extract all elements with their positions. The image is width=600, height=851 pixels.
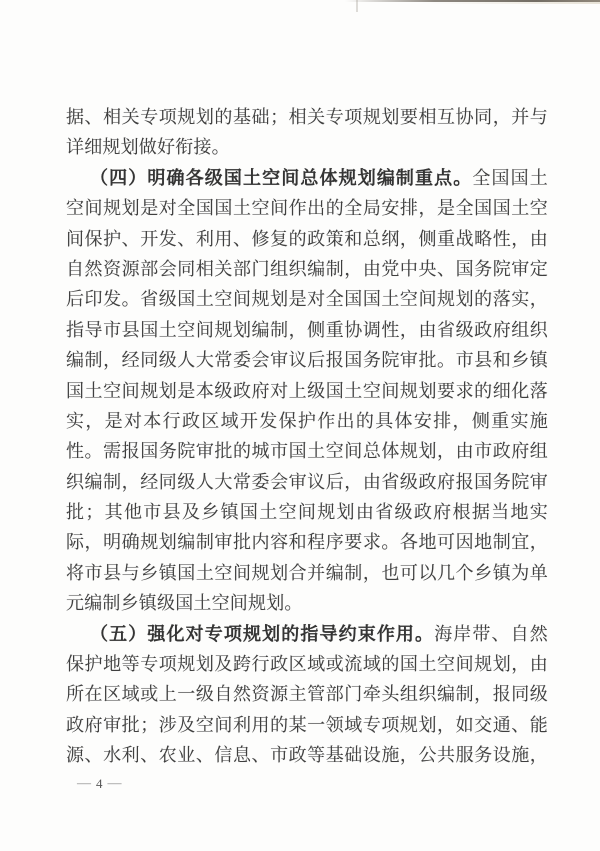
body-text-line: （四）明确各级国土空间总体规划编制重点。全国国土 bbox=[66, 163, 548, 193]
body-text-line: 自然资源部会同相关部门组织编制，由党中央、国务院审定 bbox=[66, 254, 548, 284]
body-text-line: 指导市县国土空间规划编制，侧重协调性，由省级政府组织 bbox=[66, 315, 548, 345]
body-text-line: 据、相关专项规划的基础；相关专项规划要相互协同，并与 bbox=[66, 102, 548, 132]
body-text-line: 空间规划是对全国国土空间作出的全局安排，是全国国土空 bbox=[66, 193, 548, 223]
body-text-line: 编制，经同级人大常委会审议后报国务院审批。市县和乡镇 bbox=[66, 345, 548, 375]
page-number-dash-right: — bbox=[108, 776, 122, 792]
document-body: 据、相关专项规划的基础；相关专项规划要相互协同，并与 详细规划做好衔接。 （四）… bbox=[66, 102, 548, 771]
body-text-line: 后印发。省级国土空间规划是对全国国土空间规划的落实， bbox=[66, 284, 548, 314]
body-text-line: 政府审批；涉及空间利用的某一领域专项规划，如交通、能 bbox=[66, 710, 548, 740]
body-text-run: 海岸带、自然 bbox=[434, 624, 548, 644]
body-text-line: （五）强化对专项规划的指导约束作用。海岸带、自然 bbox=[66, 619, 548, 649]
scan-tick-artifact bbox=[356, 0, 358, 12]
body-text-line: 保护地等专项规划及跨行政区域或流域的国土空间规划，由 bbox=[66, 649, 548, 679]
scan-edge-glow-artifact bbox=[420, 2, 600, 4]
body-text-line: 实，是对本行政区域开发保护作出的具体安排，侧重实施 bbox=[66, 406, 548, 436]
body-text-run: 全国国土 bbox=[472, 168, 548, 188]
body-text-line: 将市县与乡镇国土空间规划合并编制，也可以几个乡镇为单 bbox=[66, 558, 548, 588]
body-text-line: 织编制，经同级人大常委会审议后，由省级政府报国务院审 bbox=[66, 467, 548, 497]
body-text-line: 所在区域或上一级自然资源主管部门牵头组织编制，报同级 bbox=[66, 679, 548, 709]
section-heading: （五）强化对专项规划的指导约束作用。 bbox=[90, 624, 434, 644]
body-text-line: 元编制乡镇级国土空间规划。 bbox=[66, 588, 548, 618]
page-number-dash-left: — bbox=[77, 776, 91, 792]
scanned-document-page: 据、相关专项规划的基础；相关专项规划要相互协同，并与 详细规划做好衔接。 （四）… bbox=[0, 0, 600, 851]
page-number-value: 4 bbox=[96, 776, 103, 792]
body-text-line: 详细规划做好衔接。 bbox=[66, 132, 548, 162]
page-number: — 4 — bbox=[77, 776, 122, 792]
body-text-line: 际，明确规划编制审批内容和程序要求。各地可因地制宜， bbox=[66, 527, 548, 557]
body-text-line: 批；其他市县及乡镇国土空间规划由省级政府根据当地实 bbox=[66, 497, 548, 527]
body-text-line: 间保护、开发、利用、修复的政策和总纲，侧重战略性，由 bbox=[66, 224, 548, 254]
body-text-line: 源、水利、农业、信息、市政等基础设施，公共服务设施， bbox=[66, 740, 548, 770]
body-text-line: 国土空间规划是本级政府对上级国土空间规划要求的细化落 bbox=[66, 376, 548, 406]
section-heading: （四）明确各级国土空间总体规划编制重点。 bbox=[90, 168, 472, 188]
body-text-line: 性。需报国务院审批的城市国土空间总体规划，由市政府组 bbox=[66, 436, 548, 466]
